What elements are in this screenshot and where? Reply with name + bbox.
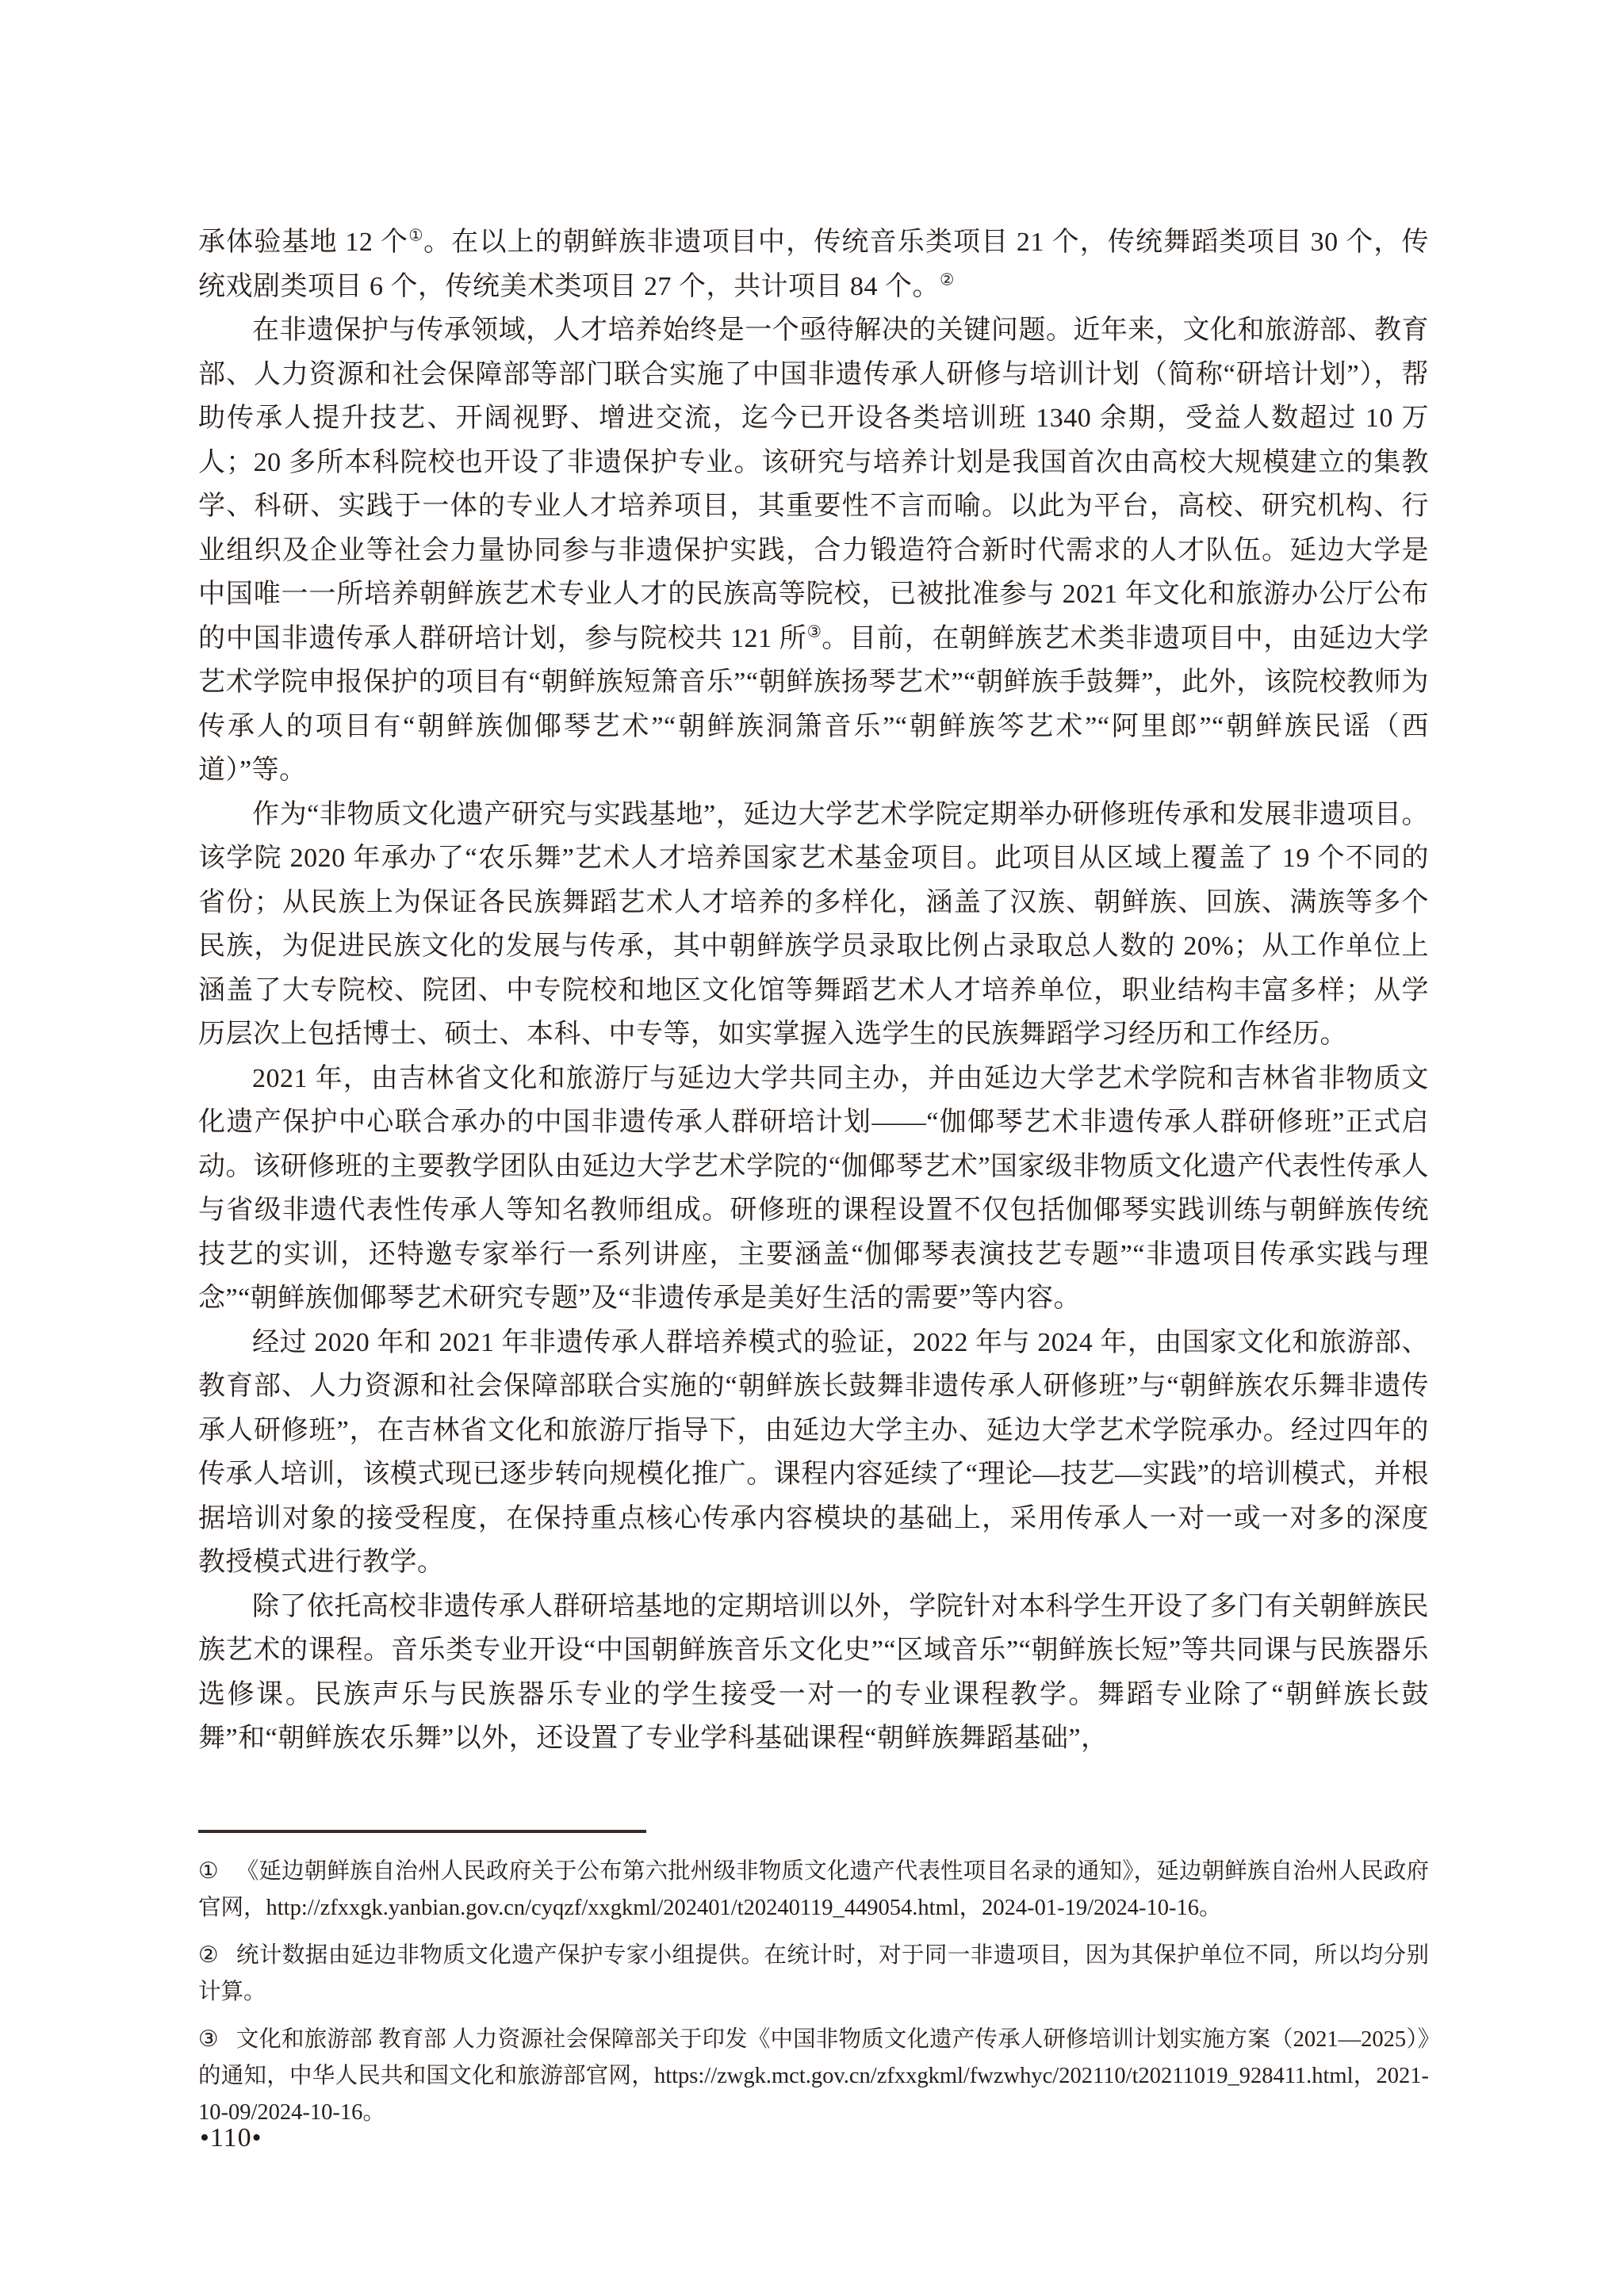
footnote-ref: ② [940,271,954,289]
footnote-item: ③文化和旅游部 教育部 人力资源社会保障部关于印发《中国非物质文化遗产传承人研修… [198,2022,1429,2131]
body-paragraph: 2021 年，由吉林省文化和旅游厅与延边大学共同主办，并由延边大学艺术学院和吉林… [198,1057,1429,1321]
footnote-ref: ③ [807,623,822,641]
document-page: 承体验基地 12 个①。在以上的朝鲜族非遗项目中，传统音乐类项目 21 个，传统… [0,0,1624,2296]
footnote-text: 文化和旅游部 教育部 人力资源社会保障部关于印发《中国非物质文化遗产传承人研修培… [198,2027,1429,2125]
footnote-marker: ① [198,1859,236,1884]
footnote-text: 统计数据由延边非物质文化遗产保护专家小组提供。在统计时，对于同一非遗项目，因为其… [198,1943,1429,2004]
page-number: •110• [200,2123,262,2153]
footnote-text: 《延边朝鲜族自治州人民政府关于公布第六批州级非物质文化遗产代表性项目名录的通知》… [198,1859,1429,1920]
body-paragraph: 经过 2020 年和 2021 年非遗传承人群培养模式的验证，2022 年与 2… [198,1321,1429,1585]
footnotes-section: ①《延边朝鲜族自治州人民政府关于公布第六批州级非物质文化遗产代表性项目名录的通知… [198,1854,1429,2142]
article-body: 承体验基地 12 个①。在以上的朝鲜族非遗项目中，传统音乐类项目 21 个，传统… [198,220,1429,1761]
body-paragraph: 承体验基地 12 个①。在以上的朝鲜族非遗项目中，传统音乐类项目 21 个，传统… [198,220,1429,308]
body-paragraph: 作为“非物质文化遗产研究与实践基地”，延边大学艺术学院定期举办研修班传承和发展非… [198,793,1429,1057]
footnote-marker: ③ [198,2027,236,2052]
body-paragraph: 除了依托高校非遗传承人群研培基地的定期培训以外，学院针对本科学生开设了多门有关朝… [198,1585,1429,1761]
footnote-ref: ① [408,228,423,245]
footnote-marker: ② [198,1943,236,1968]
footnote-divider [198,1830,646,1833]
footnote-item: ①《延边朝鲜族自治州人民政府关于公布第六批州级非物质文化遗产代表性项目名录的通知… [198,1854,1429,1927]
footnote-item: ②统计数据由延边非物质文化遗产保护专家小组提供。在统计时，对于同一非遗项目，因为… [198,1938,1429,2011]
body-paragraph: 在非遗保护与传承领域，人才培养始终是一个亟待解决的关键问题。近年来，文化和旅游部… [198,308,1429,793]
